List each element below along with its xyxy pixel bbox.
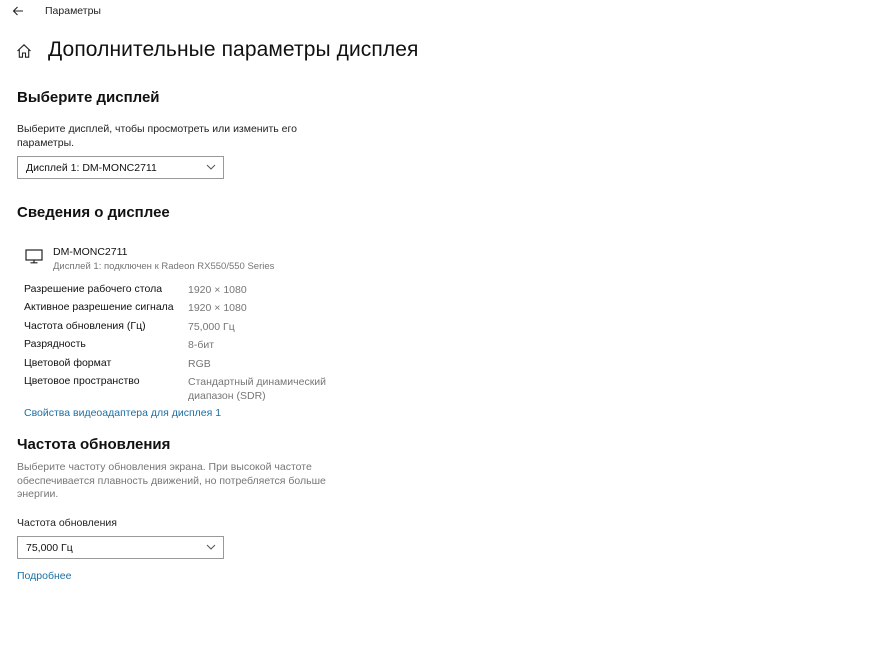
display-info-heading: Сведения о дисплее <box>17 204 170 221</box>
refresh-rate-description: Выберите частоту обновления экрана. При … <box>17 461 327 502</box>
info-value-desktop-resolution: 1920 × 1080 <box>188 283 338 297</box>
info-label-desktop-resolution: Разрешение рабочего стола <box>24 283 162 295</box>
chevron-down-icon <box>206 163 216 171</box>
info-value-color-format: RGB <box>188 357 338 371</box>
page-title: Дополнительные параметры дисплея <box>48 38 418 62</box>
select-display-description: Выберите дисплей, чтобы просмотреть или … <box>17 123 317 150</box>
monitor-icon <box>25 249 43 264</box>
back-button[interactable] <box>8 2 28 20</box>
adapter-properties-link[interactable]: Свойства видеоадаптера для дисплея 1 <box>24 407 221 419</box>
info-value-color-space: Стандартный динамический диапазон (SDR) <box>188 375 333 403</box>
home-icon[interactable] <box>16 43 32 59</box>
info-label-refresh-rate: Частота обновления (Гц) <box>24 320 146 332</box>
learn-more-link[interactable]: Подробнее <box>17 570 71 582</box>
monitor-connection: Дисплей 1: подключен к Radeon RX550/550 … <box>53 261 274 272</box>
info-value-refresh-rate: 75,000 Гц <box>188 320 338 334</box>
info-label-active-signal: Активное разрешение сигнала <box>24 301 174 313</box>
display-select-value: Дисплей 1: DM-MONC2711 <box>26 162 157 174</box>
info-label-color-space: Цветовое пространство <box>24 375 140 387</box>
select-display-heading: Выберите дисплей <box>17 89 160 106</box>
title-bar: Параметры <box>0 0 877 22</box>
arrow-left-icon <box>12 6 24 16</box>
refresh-rate-dropdown[interactable]: 75,000 Гц <box>17 536 224 559</box>
chevron-down-icon <box>206 543 216 551</box>
info-label-bit-depth: Разрядность <box>24 338 86 350</box>
monitor-name: DM-MONC2711 <box>53 246 127 258</box>
info-value-active-signal: 1920 × 1080 <box>188 301 338 315</box>
info-value-bit-depth: 8-бит <box>188 338 338 352</box>
display-select-dropdown[interactable]: Дисплей 1: DM-MONC2711 <box>17 156 224 179</box>
refresh-rate-field-label: Частота обновления <box>17 517 337 531</box>
refresh-rate-heading: Частота обновления <box>17 436 170 453</box>
app-title: Параметры <box>45 5 101 17</box>
info-label-color-format: Цветовой формат <box>24 357 111 369</box>
refresh-rate-value: 75,000 Гц <box>26 542 73 554</box>
